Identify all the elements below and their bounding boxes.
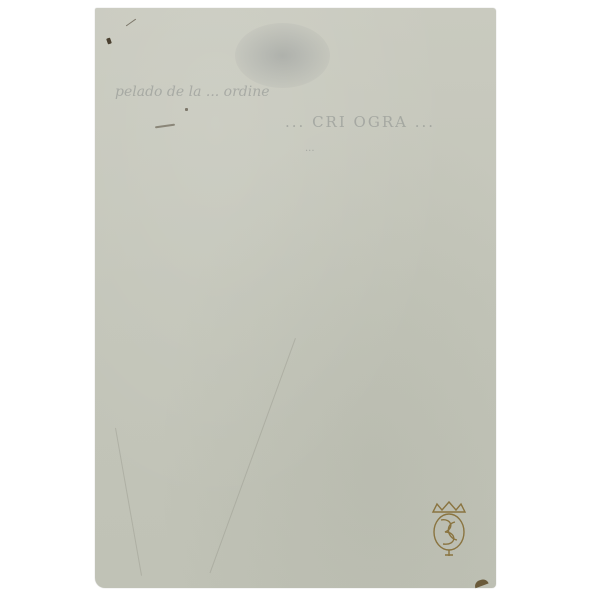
- ink-speck: [185, 108, 188, 111]
- crowned-monogram-icon: [425, 498, 473, 558]
- corner-stain: [473, 578, 488, 588]
- paper-crease: [115, 428, 142, 576]
- ink-speck: [126, 19, 136, 27]
- bleed-through-stamp: [235, 23, 330, 88]
- bleed-through-heading: ... CRI OGRA ...: [285, 113, 435, 131]
- bleed-through-subline: ...: [305, 143, 315, 154]
- paper-sheet: pelado de la ... ordine ... CRI OGRA ...…: [95, 8, 496, 588]
- paper-crease: [209, 338, 295, 573]
- ink-speck: [155, 124, 175, 129]
- ink-speck: [106, 37, 112, 44]
- bleed-through-handwriting: pelado de la ... ordine: [115, 84, 270, 100]
